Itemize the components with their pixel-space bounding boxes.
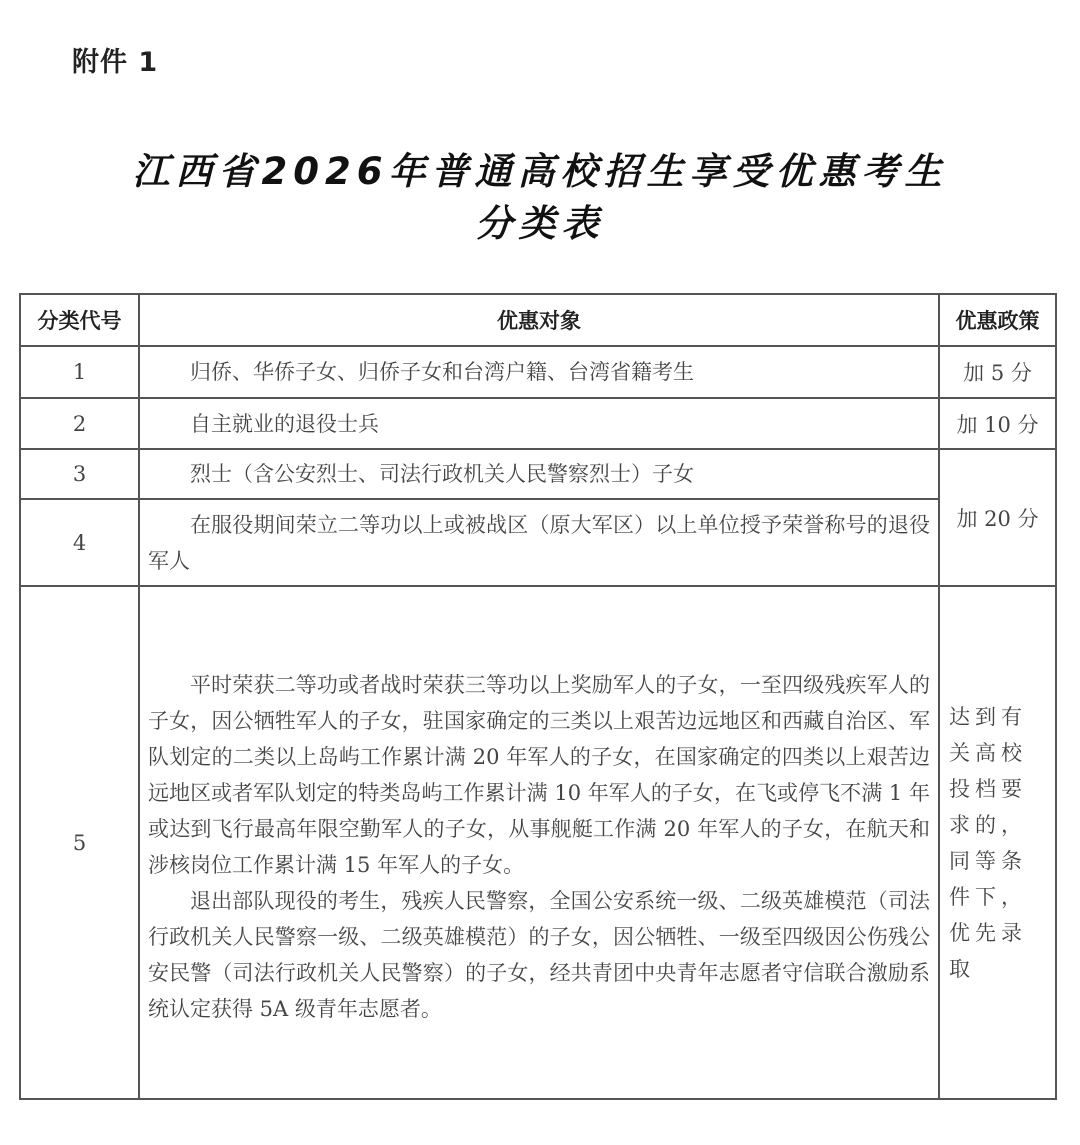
preferential-candidates-table: 分类代号 优惠对象 优惠政策 1 归侨、华侨子女、归侨子女和台湾户籍、台湾省籍考… [19,293,1057,1100]
table-row: 2 自主就业的退役士兵 加 10 分 [20,398,1056,449]
table-row: 5 平时荣获二等功或者战时荣获三等功以上奖励军人的子女，一至四级残疾军人的子女，… [20,586,1056,1099]
beneficiary-text: 烈士（含公安烈士、司法行政机关人民警察烈士）子女 [139,449,939,499]
policy-text: 加 10 分 [939,398,1056,449]
attachment-label: 附件 1 [72,40,158,79]
beneficiary-paragraph: 平时荣获二等功或者战时荣获三等功以上奖励军人的子女，一至四级残疾军人的子女，因公… [148,667,930,883]
beneficiary-text: 平时荣获二等功或者战时荣获三等功以上奖励军人的子女，一至四级残疾军人的子女，因公… [139,586,939,1099]
document-title: 江西省2026年普通高校招生享受优惠考生 [0,141,1080,195]
document-title-line2: 分类表 [0,193,1080,247]
header-policy: 优惠政策 [939,294,1056,346]
beneficiary-text: 归侨、华侨子女、归侨子女和台湾户籍、台湾省籍考生 [139,346,939,398]
category-code: 3 [20,449,139,499]
header-category-code: 分类代号 [20,294,139,346]
table-row: 3 烈士（含公安烈士、司法行政机关人民警察烈士）子女 加 20 分 [20,449,1056,499]
beneficiary-text: 自主就业的退役士兵 [139,398,939,449]
policy-text-merged: 加 20 分 [939,449,1056,586]
category-code: 4 [20,499,139,586]
policy-text: 加 5 分 [939,346,1056,398]
beneficiary-paragraph: 退出部队现役的考生，残疾人民警察，全国公安系统一级、二级英雄模范（司法行政机关人… [148,883,930,1027]
category-code: 5 [20,586,139,1099]
table-row: 1 归侨、华侨子女、归侨子女和台湾户籍、台湾省籍考生 加 5 分 [20,346,1056,398]
beneficiary-text: 在服役期间荣立二等功以上或被战区（原大军区）以上单位授予荣誉称号的退役军人 [139,499,939,586]
category-code: 1 [20,346,139,398]
table-row: 4 在服役期间荣立二等功以上或被战区（原大军区）以上单位授予荣誉称号的退役军人 [20,499,1056,586]
category-code: 2 [20,398,139,449]
policy-text: 达到有关高校投档要求的，同等条件下，优先录取 [939,586,1056,1099]
header-beneficiary: 优惠对象 [139,294,939,346]
table-header-row: 分类代号 优惠对象 优惠政策 [20,294,1056,346]
